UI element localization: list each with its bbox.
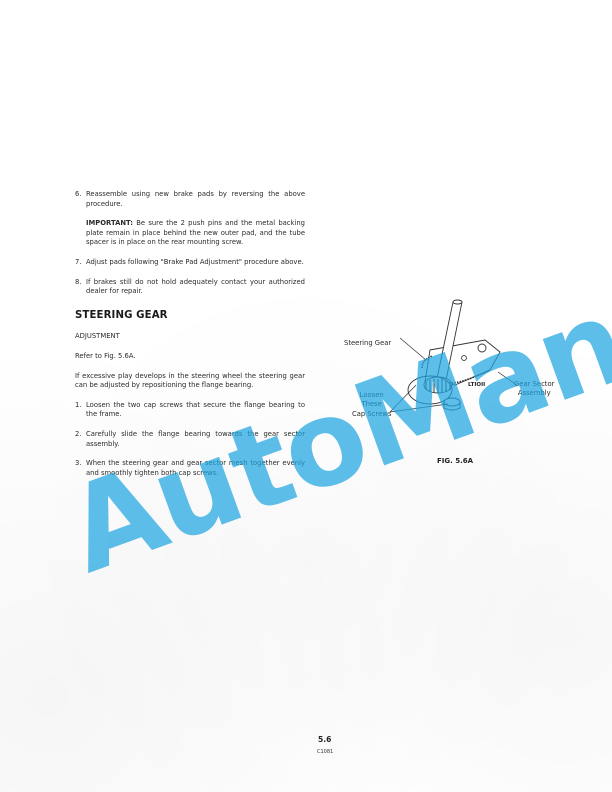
intro-paragraph: If excessive play develops in the steeri… [75,372,305,391]
label-steering-gear: Steering Gear [344,339,391,348]
step-number: 8. [75,278,82,288]
section-heading: STEERING GEAR [75,311,305,321]
section-subheading: ADJUSTMENT [75,332,305,342]
step-number: 3. [75,459,82,469]
step-7: 7. Adjust pads following "Brake Pad Adju… [75,258,305,268]
figure-caption: FIG. 5.6A [437,457,473,465]
adjust-step-2: 2. Carefully slide the flange bearing to… [75,430,305,449]
step-text: Adjust pads following "Brake Pad Adjustm… [86,258,304,266]
step-text: Reassemble using new brake pads by rever… [86,190,305,208]
step-8: 8. If brakes still do not hold adequatel… [75,278,305,297]
step-number: 1. [75,401,82,411]
label-loosen-cap-screws: Loosen These Cap Screws [352,391,391,419]
step-number: 6. [75,190,82,200]
label-gear-sector-assembly: Gear Sector Assembly [514,380,554,399]
adjust-step-1: 1. Loosen the two cap screws that secure… [75,401,305,420]
step-text: If brakes still do not hold adequately c… [86,278,305,296]
step-text: Loosen the two cap screws that secure th… [86,401,305,419]
page-number: 5.6 [318,735,331,744]
step-number: 2. [75,430,82,440]
important-note: IMPORTANT: Be sure the 2 push pins and t… [75,219,305,248]
step-6: 6. Reassemble using new brake pads by re… [75,190,305,209]
step-text: When the steering gear and gear sector m… [86,459,305,477]
figure-reference: Refer to Fig. 5.6A. [75,352,305,362]
part-code: LTIOII [468,382,485,388]
document-code: C1081 [317,749,333,755]
important-label: IMPORTANT: [86,219,133,227]
text-column: 6. Reassemble using new brake pads by re… [75,190,305,488]
adjust-step-3: 3. When the steering gear and gear secto… [75,459,305,478]
step-number: 7. [75,258,82,268]
step-text: Carefully slide the flange bearing towar… [86,430,305,448]
